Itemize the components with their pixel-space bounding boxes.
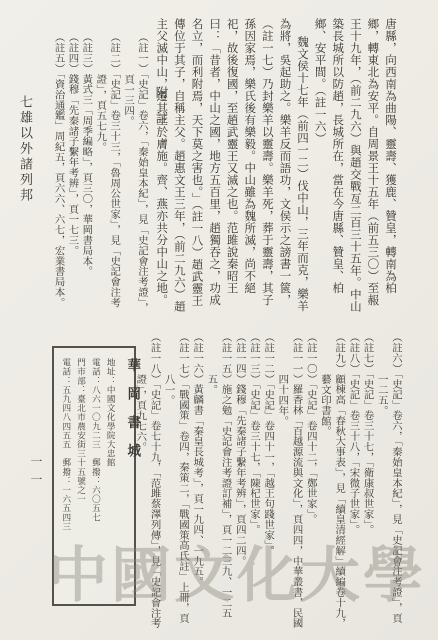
note-label: （註六）: [390, 332, 401, 374]
note-text: 「史記」卷三十三，「魯周公世家」，見「史記會注考證」，頁五七九。: [94, 74, 119, 308]
note-text: 「史記」卷三十七，「衛康叔世家」。: [362, 374, 373, 535]
note-item: （註二）「史記」卷三十三，「魯周公世家」，見「史記會注考證」，頁五七九。: [92, 32, 120, 316]
note-text: 羅香林「百越源流與文化」，頁四四，中華叢書，民國四十四年。: [276, 374, 301, 628]
note-item: （註五）「資治通鑑」周紀五，頁六六、六七，宏業書局本。: [51, 32, 65, 316]
notes-header: 附註: [152, 86, 170, 137]
note-text: 錢穆「先秦諸子繫年考辨」，頁一七三。: [66, 74, 77, 256]
note-item: （註一七）「戰國策」卷四，秦策二，「戰國策高氏註」上冊，頁八一。: [161, 332, 189, 630]
note-text: 「史記」卷四十一，「越王句踐世家」。: [262, 384, 273, 556]
note-label: （註四）: [66, 32, 77, 74]
note-item: （註一二）「史記」卷四十一，「越王句踐世家」。: [260, 332, 274, 630]
note-text: 顧棟高「春秋大事表」，見「續皇清經解」續編卷十九，藝文印書館。: [319, 374, 344, 629]
note-label: （註一二）: [262, 332, 273, 384]
note-text: 黃式三「周季編略」，頁三〇，華岡書局本。: [80, 74, 91, 277]
note-item: （註一四）錢穆「先秦諸子繫年考辨」，頁四二四。: [232, 332, 246, 630]
note-label: （註一八）: [149, 332, 160, 384]
note-item: （註一六）黃麟書「秦皇長城考」，頁一九四、一九五。: [189, 332, 203, 630]
note-label: （註二）: [108, 32, 119, 74]
note-item: （註四）錢穆「先秦諸子繫年考辨」，頁一七三。: [65, 32, 79, 316]
note-text: 黃麟書「秦皇長城考」，頁一九四、一九五。: [191, 384, 202, 587]
note-label: （註一七）: [177, 332, 188, 384]
note-item: （註一三）「史記」卷三十七，「陳杞世家」。: [246, 332, 260, 630]
bookstore-line: 門市部：臺北市農安街三十五號之一: [74, 358, 89, 594]
note-text: 「史記」卷三十八，「宋微子世家」。: [347, 374, 358, 535]
bookstore-ad: 華岡書城 地址：中國文化學院大忠館 電話：八六一〇九二三 郵撥：六〇五七 門市部…: [52, 346, 136, 606]
bookstore-title: 華岡書城: [118, 358, 142, 594]
note-item: （註七）「史記」卷三十七，「衛康叔世家」。: [359, 332, 373, 630]
note-item: （註一五）施之勉「史記會注考證訂補」，頁一二三九、一二五五。: [203, 332, 231, 630]
page-number: 一一: [28, 455, 45, 491]
note-item: （註六）「史記」卷六，「秦始皇本紀」，見「史記會注考證」，頁一二五。: [374, 332, 402, 630]
note-label: （註一）: [136, 32, 147, 74]
notes-upper: （註一）「史記」卷六，「秦始皇本紀」，見「史記會注考證」，頁一三四。 （註二）「…: [36, 32, 148, 316]
note-text: 「資治通鑑」周紀五，頁六六、六七，宏業書局本。: [53, 74, 64, 308]
note-text: 「史記」卷三十七，「陳杞世家」。: [248, 384, 259, 535]
bookstore-line: 地址：中國文化學院大忠館: [103, 358, 118, 594]
book-page: 唐縣，向西南為曲陽、靈壽、獲鹿、贊皇，轉南為柏鄉，轉東北為安平。自周景王十五年（…: [0, 0, 438, 640]
paragraph: 魏文侯十七年（前四一二）伐中山，三年而克，樂羊為將，吳起助之。樂羊反而語功，文侯…: [152, 18, 310, 314]
bookstore-ad-content: 華岡書城 地址：中國文化學院大忠館 電話：八六一〇九二三 郵撥：六〇五七 門市部…: [59, 358, 142, 594]
note-label: （註九）: [333, 332, 344, 374]
note-text: 施之勉「史記會注考證訂補」，頁一二三九、一二五五。: [205, 374, 230, 618]
note-item: （註一一）羅香林「百越源流與文化」，頁四四，中華叢書，民國四十四年。: [274, 332, 302, 630]
note-label: （註一一）: [291, 332, 302, 384]
note-label: （註一四）: [234, 332, 245, 384]
bookstore-line: 電話：八六一〇九二三 郵撥：六〇五七: [89, 358, 104, 594]
note-label: （註五）: [53, 32, 64, 74]
note-item: （註八）「史記」卷三十八，「宋微子世家」。: [345, 332, 359, 630]
note-label: （註七）: [362, 332, 373, 374]
note-text: 「史記」卷六，「秦始皇本紀」，見「史記會注考證」，頁一三四。: [122, 74, 147, 313]
note-text: 「史記」卷四十二，「鄭世家」。: [305, 384, 316, 524]
notes-lower: （註六）「史記」卷六，「秦始皇本紀」，見「史記會注考證」，頁一二五。 （註七）「…: [132, 332, 402, 630]
paragraph: 唐縣，向西南為曲陽、靈壽、獲鹿、贊皇，轉南為柏鄉，轉東北為安平。自周景王十五年（…: [310, 18, 398, 314]
note-text: 「戰國策」卷四，秦策二，「戰國策高氏註」上冊，頁八一。: [163, 374, 188, 623]
note-item: （註三）黃式三「周季編略」，頁三〇，華岡書局本。: [78, 32, 92, 316]
note-item: （註九）顧棟高「春秋大事表」，見「續皇清經解」續編卷十九，藝文印書館。: [317, 332, 345, 630]
bookstore-line: 電話：五九四八四五五 郵撥：一六五四三: [59, 358, 74, 594]
main-text: 唐縣，向西南為曲陽、靈壽、獲鹿、贊皇，轉南為柏鄉，轉東北為安平。自周景王十五年（…: [158, 18, 398, 314]
note-label: （註三）: [80, 32, 91, 74]
note-label: （註一五）: [220, 332, 231, 384]
running-title: 七雄以外諸列邦: [16, 95, 35, 204]
note-text: 錢穆「先秦諸子繫年考辨」，頁四二四。: [234, 384, 245, 566]
note-label: （註一三）: [248, 332, 259, 384]
note-text: 「史記」卷六，「秦始皇本紀」，見「史記會注考證」，頁一二五。: [376, 374, 401, 624]
note-label: （註一〇）: [305, 332, 316, 384]
note-label: （註一六）: [191, 332, 202, 384]
note-item: （註一）「史記」卷六，「秦始皇本紀」，見「史記會注考證」，頁一三四。: [120, 32, 148, 316]
note-label: （註八）: [347, 332, 358, 374]
note-item: （註一〇）「史記」卷四十二，「鄭世家」。: [303, 332, 317, 630]
